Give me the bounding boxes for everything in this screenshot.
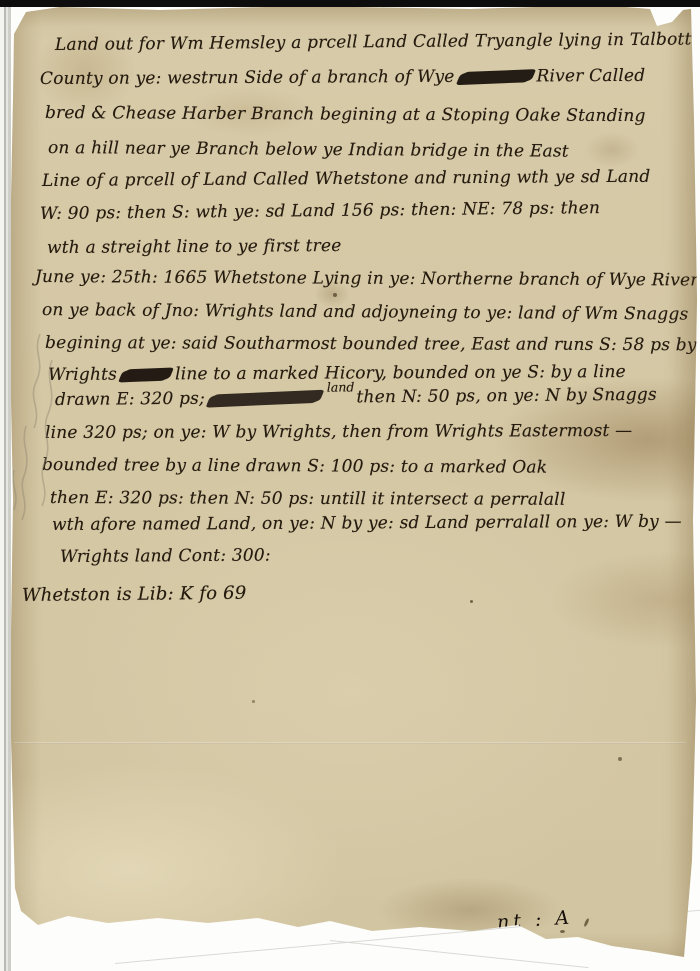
ink-speck [470,600,473,603]
manuscript-line: on ye back of Jno: Wrights land and adjo… [42,301,689,325]
manuscript-line-segment: drawn E: 320 ps; [55,389,205,410]
manuscript-line-segment: then N: 50 ps, on ye: N by Snaggs [356,385,657,408]
manuscript-line: line 320 ps; on ye: W by Wrights, then f… [45,422,632,444]
manuscript-line-text: Line of a prcell of Land Called Whetston… [42,167,651,191]
ink-speck [333,293,337,297]
scanner-bar-top [0,0,700,7]
manuscript-line-text: bred & Chease Harber Branch begining at … [45,103,646,126]
manuscript-line: drawn E: 320 ps;landthen N: 50 ps, on ye… [55,386,657,411]
manuscript-line-text: bounded tree by a line drawn S: 100 ps: … [42,455,547,478]
manuscript-line-text: on a hill near ye Branch below ye Indian… [48,138,569,162]
manuscript-line: bounded tree by a line drawn S: 100 ps: … [42,456,547,478]
manuscript-line-text: Whetston is Lib: K fo 69 [22,583,247,606]
manuscript-line-segment: line to a marked Hicory, bounded on ye S… [175,362,626,384]
manuscript-line: bred & Chease Harber Branch begining at … [45,104,646,127]
manuscript-line-text: Land out for Wm Hemsley a prcell Land Ca… [55,29,692,55]
manuscript-line-text: line 320 ps; on ye: W by Wrights, then f… [45,421,632,443]
manuscript-line: Line of a prcell of Land Called Whetston… [42,168,651,192]
ink-scribble [118,368,173,381]
interlinear-insertion: land [327,379,355,394]
manuscript-line-text: W: 90 ps: then S: wth ye: sd Land 156 ps… [40,198,600,224]
ink-speck [583,918,590,927]
manuscript-line: Wrights land Cont: 300: [60,547,271,568]
manuscript-line: Whetston is Lib: K fo 69 [22,584,247,607]
fold-line [14,742,686,744]
manuscript-line: W: 90 ps: then S: wth ye: sd Land 156 ps… [40,199,600,224]
manuscript-line: begining at ye: said Southarmost bounded… [45,334,700,356]
manuscript-line: County on ye: westrun Side of a branch o… [40,67,645,90]
margin-scribble [2,330,72,540]
manuscript-line-text: then E: 320 ps: then N: 50 ps: untill it… [50,488,566,510]
scanner-strip-left [0,0,11,971]
manuscript-line-text: begining at ye: said Southarmost bounded… [45,333,697,355]
manuscript-line-segment: County on ye: westrun Side of a branch o… [40,67,455,89]
ink-speck [252,700,255,703]
manuscript-line: Land out for Wm Hemsley a prcell Land Ca… [55,30,692,55]
manuscript-line-text: Wrights land Cont: 300: [60,546,271,567]
crease-line [330,940,589,968]
ink-speck [560,930,565,933]
scanned-page: Land out for Wm Hemsley a prcell Land Ca… [0,0,700,971]
manuscript-line-text: wth a streight line to ye first tree [47,236,342,258]
manuscript-paper: Land out for Wm Hemsley a prcell Land Ca… [0,0,700,971]
manuscript-line: then E: 320 ps: then N: 50 ps: untill it… [50,489,566,510]
manuscript-line-segment: River Called [536,66,645,87]
manuscript-line: June ye: 25th: 1665 Whetstone Lying in y… [35,268,699,291]
manuscript-line: wth afore named Land, on ye: N by ye: sd… [52,513,682,536]
manuscript-line-text: on ye back of Jno: Wrights land and adjo… [42,300,689,325]
ink-scribble [456,70,536,84]
manuscript-line-text: June ye: 25th: 1665 Whetstone Lying in y… [35,267,699,290]
manuscript-line-text: wth afore named Land, on ye: N by ye: sd… [52,512,682,535]
ink-scribble [206,391,324,407]
manuscript-line: wth a streight line to ye first tree [47,237,342,259]
ink-speck [618,757,622,761]
manuscript-line: on a hill near ye Branch below ye Indian… [48,139,569,162]
